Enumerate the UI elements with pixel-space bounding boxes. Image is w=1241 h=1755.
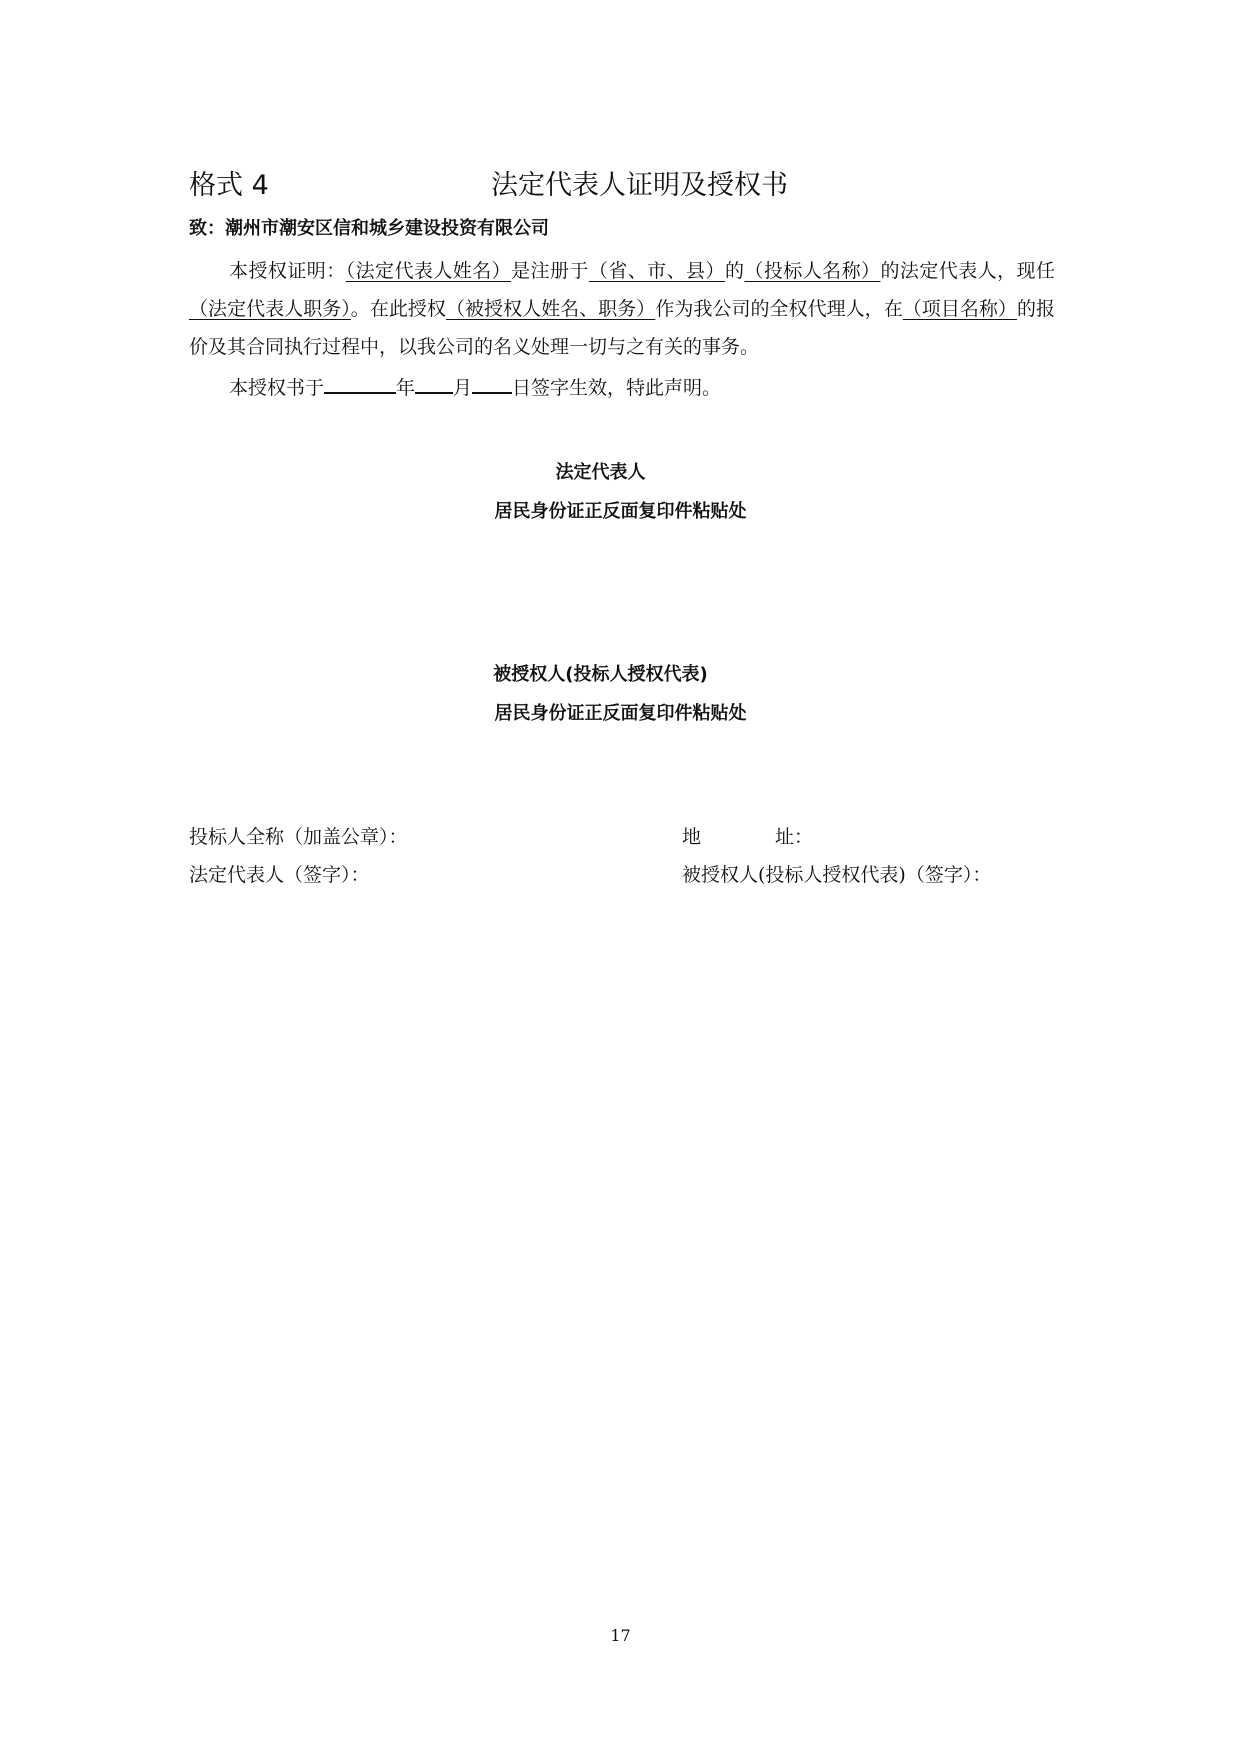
field-bidder-name: （投标人名称）: [744, 260, 880, 282]
text: 是注册于: [511, 260, 589, 282]
field-legal-rep-position: （法定代表人职务）: [189, 298, 351, 320]
month-blank: [415, 372, 453, 394]
text: 的: [725, 260, 744, 282]
text: 的法定代表人，现任: [880, 260, 1055, 282]
address-label-a: 地: [682, 826, 701, 848]
text: 日签字生效，特此声明。: [512, 377, 721, 399]
page-number: 17: [0, 1626, 1241, 1645]
effective-date-paragraph: 本授权书于年月日签字生效，特此声明。: [229, 372, 721, 400]
id-section-1-subheading: 居民身份证正反面复印件粘贴处: [0, 497, 1241, 523]
field-region: （省、市、县）: [589, 260, 725, 282]
addressee: 致：潮州市潮安区信和城乡建设投资有限公司: [189, 214, 549, 240]
id-section-1-heading: 法定代表人: [0, 458, 1221, 484]
address-label: 地址：: [682, 822, 813, 849]
bidder-name-signature-label: 投标人全称（加盖公章）：: [189, 822, 408, 849]
address-label-b: 址：: [775, 826, 813, 848]
day-blank: [472, 372, 512, 394]
field-project-name: （项目名称）: [903, 298, 1017, 320]
legal-rep-signature-label: 法定代表人（签字）：: [189, 860, 370, 887]
text: 作为我公司的全权代理人，在: [655, 298, 902, 320]
authorization-paragraph: 本授权证明：（法定代表人姓名）是注册于（省、市、县）的（投标人名称）的法定代表人…: [189, 252, 1055, 366]
id-section-2-heading: 被授权人(投标人授权代表): [0, 660, 1221, 686]
id-section-2-subheading: 居民身份证正反面复印件粘贴处: [0, 699, 1241, 725]
authorized-rep-signature-label: 被授权人(投标人授权代表)（签字）：: [682, 860, 991, 887]
format-label: 格式 4: [189, 163, 269, 202]
field-authorized-name-position: （被授权人姓名、职务）: [446, 298, 655, 320]
year-blank: [324, 372, 396, 394]
text: 本授权证明：: [229, 260, 346, 282]
text: 年: [396, 377, 415, 399]
field-legal-rep-name: （法定代表人姓名）: [346, 260, 511, 282]
text: 。在此授权: [351, 298, 446, 320]
text: 本授权书于: [229, 377, 324, 399]
document-title: 法定代表人证明及授权书: [491, 163, 788, 202]
text: 月: [453, 377, 472, 399]
